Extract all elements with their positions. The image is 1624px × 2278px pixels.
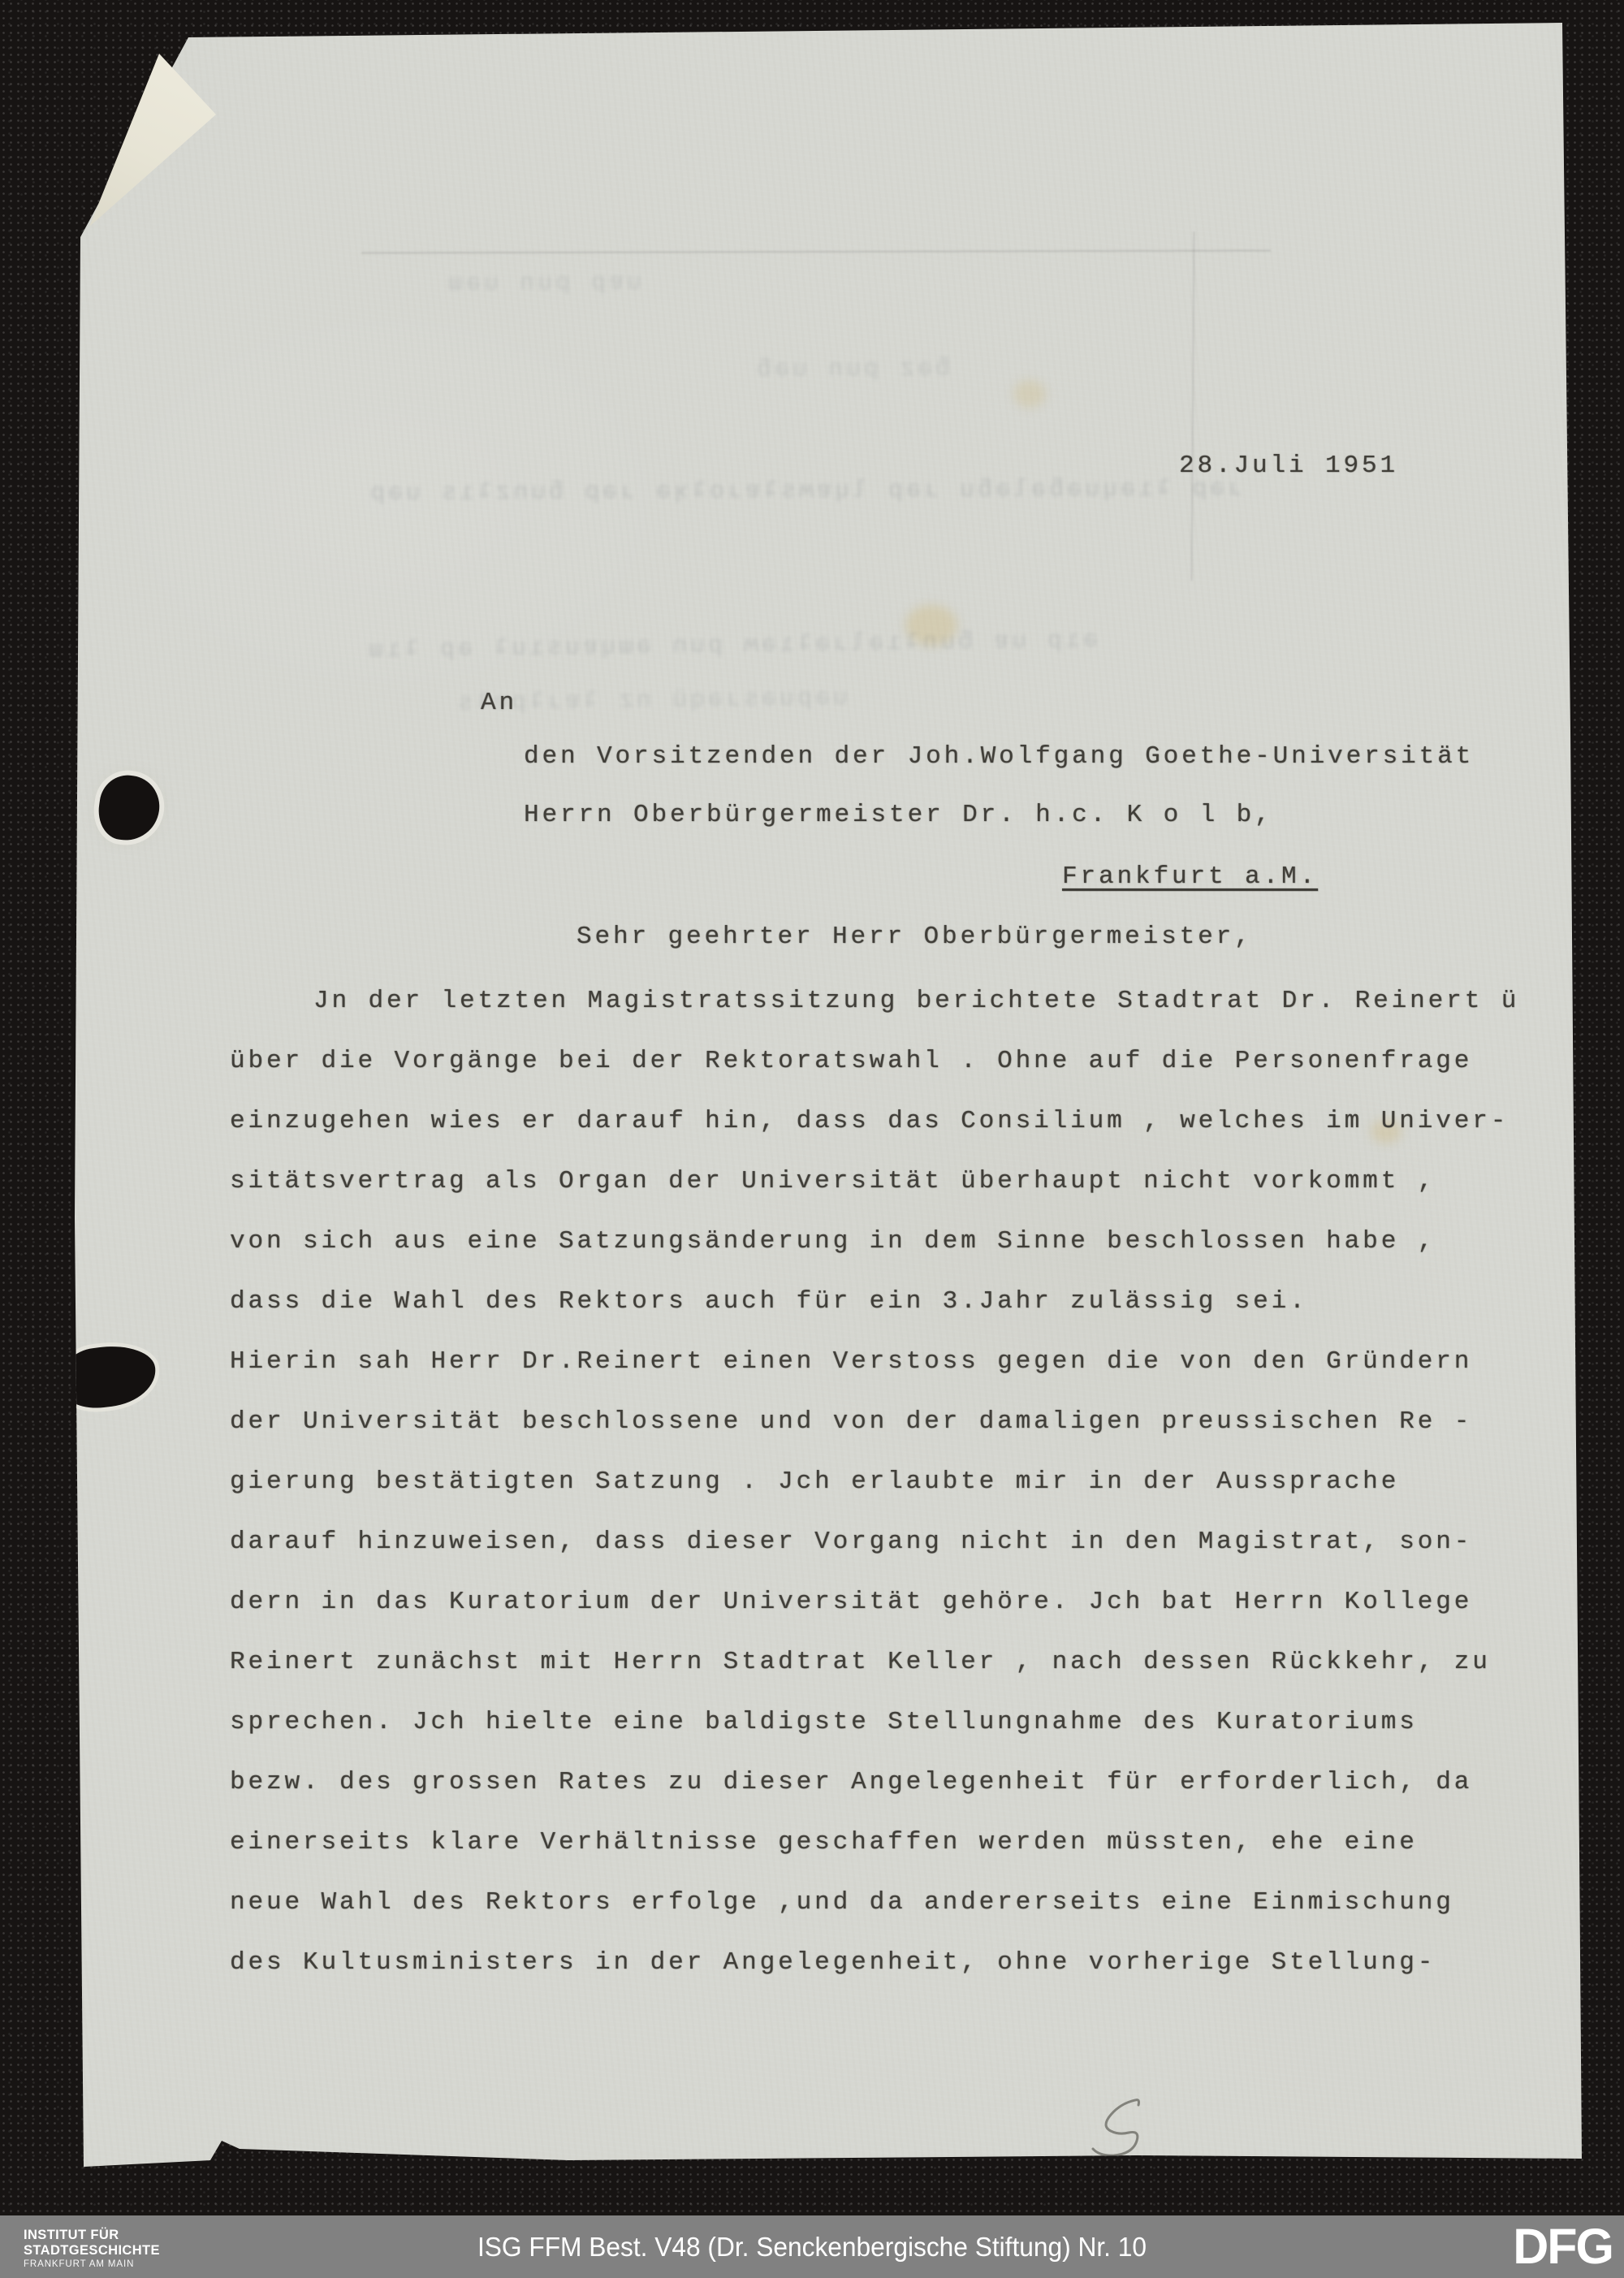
- bleedthrough-line: ɹǝp ʇıǝɥuǝƃǝlǝƃu ɹǝp lɥɐʍsʇɐɹoʇʞǝ ɹǝp ƃu…: [367, 475, 1242, 508]
- body-line: gierung bestätigten Satzung . Jch erlaub…: [230, 1452, 1578, 1512]
- recipient-line: den Vorsitzenden der Joh.Wolfgang Goethe…: [524, 742, 1474, 771]
- bleedthrough-line: ǝıp uɐ ƃunʇıǝlɹǝʇıǝʍ pun ǝɯɥɐusıuʇ ǝp ʇı…: [365, 627, 1099, 665]
- body-line: darauf hinzuweisen, dass dieser Vorgang …: [230, 1512, 1578, 1572]
- body-line: dass die Wahl des Rektors auch für ein 3…: [230, 1272, 1578, 1332]
- body-line: Jn der letzten Magistratssitzung bericht…: [230, 971, 1578, 1031]
- crease-line-vertical: [1190, 231, 1194, 581]
- body-line: der Universität beschlossene und von der…: [230, 1392, 1578, 1452]
- body-line: Reinert zunächst mit Herrn Stadtrat Kell…: [230, 1632, 1578, 1692]
- crease-line: [361, 250, 1271, 254]
- recipient-an: An: [481, 689, 517, 717]
- recipient-line: Herrn Oberbürgermeister Dr. h.c. K o l b…: [524, 801, 1273, 829]
- body-line: neue Wahl des Rektors erfolge ,und da an…: [230, 1873, 1578, 1933]
- paper-stain: [1013, 380, 1046, 408]
- archive-reference-label: ISG FFM Best. V48 (Dr. Senckenbergische …: [32, 2215, 1592, 2278]
- body-line: des Kultusministers in der Angelegenheit…: [230, 1933, 1578, 1993]
- punch-hole-top: [95, 772, 163, 845]
- scan-background: uɐp pun uǝɯ ƃǝz pun uǝƃ ɹǝp ʇıǝɥuǝƃǝlǝƃu…: [0, 0, 1624, 2278]
- body-line: einzugehen wies er darauf hin, dass das …: [230, 1091, 1578, 1152]
- body-line: über die Vorgänge bei der Rektoratswahl …: [230, 1031, 1578, 1091]
- bleedthrough-line: uɐp pun uǝɯ: [445, 269, 641, 297]
- letter-page: uɐp pun uǝɯ ƃǝz pun uǝƃ ɹǝp ʇıǝɥuǝƃǝlǝƃu…: [0, 0, 1624, 2278]
- body-line: Hierin sah Herr Dr.Reinert einen Verstos…: [230, 1332, 1578, 1392]
- punch-hole-bottom: [58, 1341, 159, 1412]
- salutation: Sehr geehrter Herr Oberbürgermeister,: [577, 923, 1253, 951]
- body-line: bezw. des grossen Rates zu dieser Angele…: [230, 1753, 1578, 1813]
- body-line: dern in das Kuratorium der Universität g…: [230, 1572, 1578, 1632]
- recipient-city-underlined: Frankfurt a.M.: [1062, 862, 1318, 891]
- bleedthrough-line: ƃǝz pun uǝƃ: [754, 355, 950, 383]
- body-line: von sich aus eine Satzungsänderung in de…: [230, 1212, 1578, 1272]
- body-line: einerseits klare Verhältnisse geschaffen…: [230, 1813, 1578, 1873]
- body-line: sprechen. Jch hielte eine baldigste Stel…: [230, 1692, 1578, 1753]
- body-line: sitätsvertrag als Organ der Universität …: [230, 1152, 1578, 1212]
- dfg-logo: DFG: [1513, 2218, 1613, 2275]
- handwritten-s-mark: [1070, 2086, 1168, 2175]
- letter-date: 28.Juli 1951: [1179, 452, 1398, 480]
- letter-body: Jn der letzten Magistratssitzung bericht…: [230, 971, 1578, 1993]
